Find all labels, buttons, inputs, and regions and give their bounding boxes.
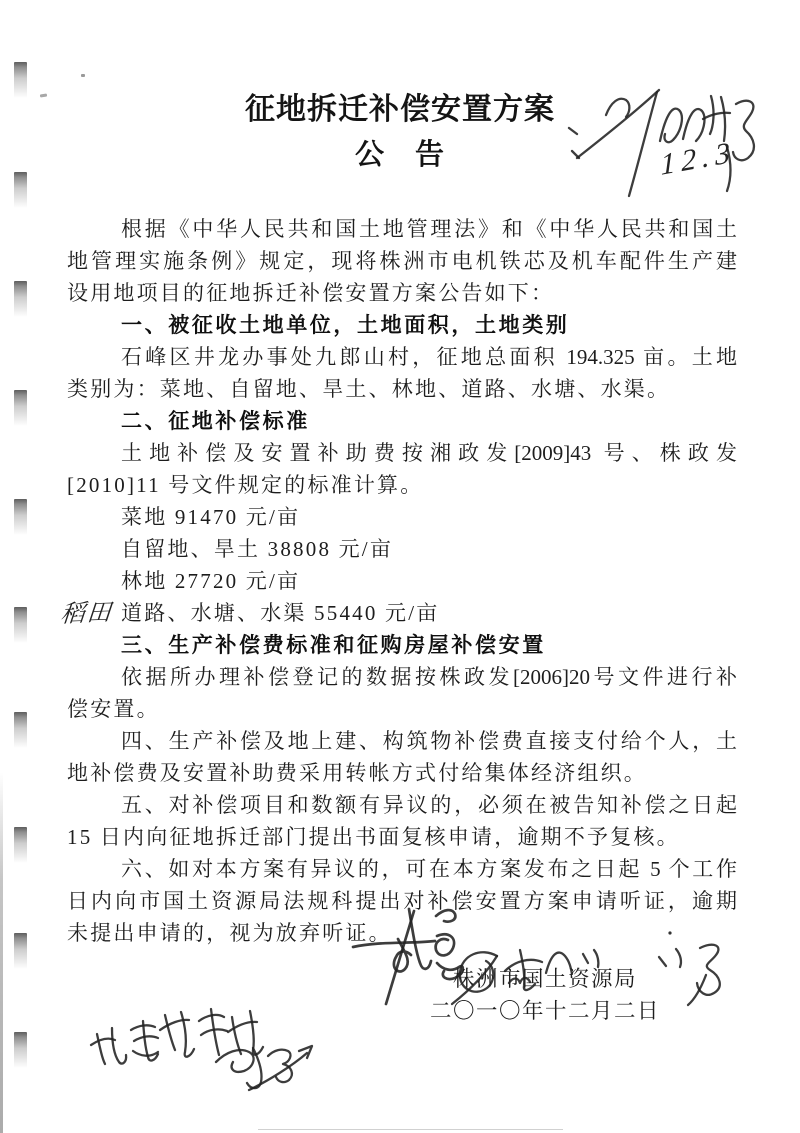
text-line: 根据《中华人民共和国土地管理法》和《中华人民共和国土 <box>67 213 737 245</box>
text-line: 依据所办理补偿登记的数据按株政发[2006]20号文件进行补 <box>67 661 737 693</box>
text-line: 地管理实施条例》规定，现将株洲市电机铁芯及机车配件生产建 <box>67 245 737 277</box>
text-line: 类别为：菜地、自留地、旱土、林地、道路、水塘、水渠。 <box>67 373 737 405</box>
issuing-agency: 株洲市国土资源局 <box>350 963 740 995</box>
text-line: 六、如对本方案有异议的，可在本方案发布之日起 5 个工作 <box>67 853 737 885</box>
section-heading: 三、生产补偿费标准和征购房屋补偿安置 <box>67 629 737 661</box>
text-line: 未提出申请的，视为放弃听证。 <box>67 917 737 949</box>
handwritten-margin-note: 稻田 <box>59 592 114 629</box>
document-title: 征地拆迁补偿安置方案 <box>0 92 800 128</box>
text-line: 地补偿费及安置补助费采用转帐方式付给集体经济组织。 <box>67 757 737 789</box>
issue-date: 二〇一〇年十二月二日 <box>350 995 740 1027</box>
binding-hole-mark <box>14 390 27 426</box>
binding-hole-mark <box>14 607 27 643</box>
scanned-document-page: 征地拆迁补偿安置方案 公 告 根据《中华人民共和国土地管理法》和《中华人民共和国… <box>0 0 800 1133</box>
text-line: 15 日内向征地拆迁部门提出书面复核申请，逾期不予复核。 <box>67 821 737 853</box>
rate-line: 菜地 91470 元/亩 <box>67 501 737 533</box>
document-body: 根据《中华人民共和国土地管理法》和《中华人民共和国土 地管理实施条例》规定，现将… <box>67 213 737 1027</box>
text-line: 五、对补偿项目和数额有异议的，必须在被告知补偿之日起 <box>67 789 737 821</box>
text-line: 四、生产补偿及地上建、构筑物补偿费直接支付给个人，土 <box>67 725 737 757</box>
text-line: 日内向市国土资源局法规科提出对补偿安置方案申请听证，逾期 <box>67 885 737 917</box>
section-heading: 二、征地补偿标准 <box>67 405 737 437</box>
scan-edge-shadow <box>0 772 3 1133</box>
signoff-block: 株洲市国土资源局 二〇一〇年十二月二日 <box>350 963 740 1027</box>
text-line: 土地补偿及安置补助费按湘政发[2009]43 号、株政发 <box>67 437 737 469</box>
text-line: [2010]11 号文件规定的标准计算。 <box>67 469 737 501</box>
binding-hole-mark <box>14 499 27 535</box>
section-heading: 一、被征收土地单位，土地面积，土地类别 <box>67 309 737 341</box>
rate-line: 林地 27720 元/亩 <box>67 565 737 597</box>
binding-hole-mark <box>14 1032 27 1068</box>
binding-hole-mark <box>14 172 27 208</box>
rate-line: 自留地、旱土 38808 元/亩 <box>67 533 737 565</box>
scan-bottom-edge <box>258 1129 563 1130</box>
text-line: 石峰区井龙办事处九郎山村，征地总面积 194.325 亩。土地 <box>67 341 737 373</box>
binding-hole-mark <box>14 712 27 748</box>
scan-speck <box>81 74 85 77</box>
text-line: 设用地项目的征地拆迁补偿安置方案公告如下： <box>67 277 737 309</box>
binding-hole-mark <box>14 281 27 317</box>
binding-hole-mark <box>14 933 27 969</box>
rate-line: 道路、水塘、水渠 55440 元/亩 <box>67 597 737 629</box>
binding-hole-mark <box>14 827 27 863</box>
text-line: 偿安置。 <box>67 693 737 725</box>
